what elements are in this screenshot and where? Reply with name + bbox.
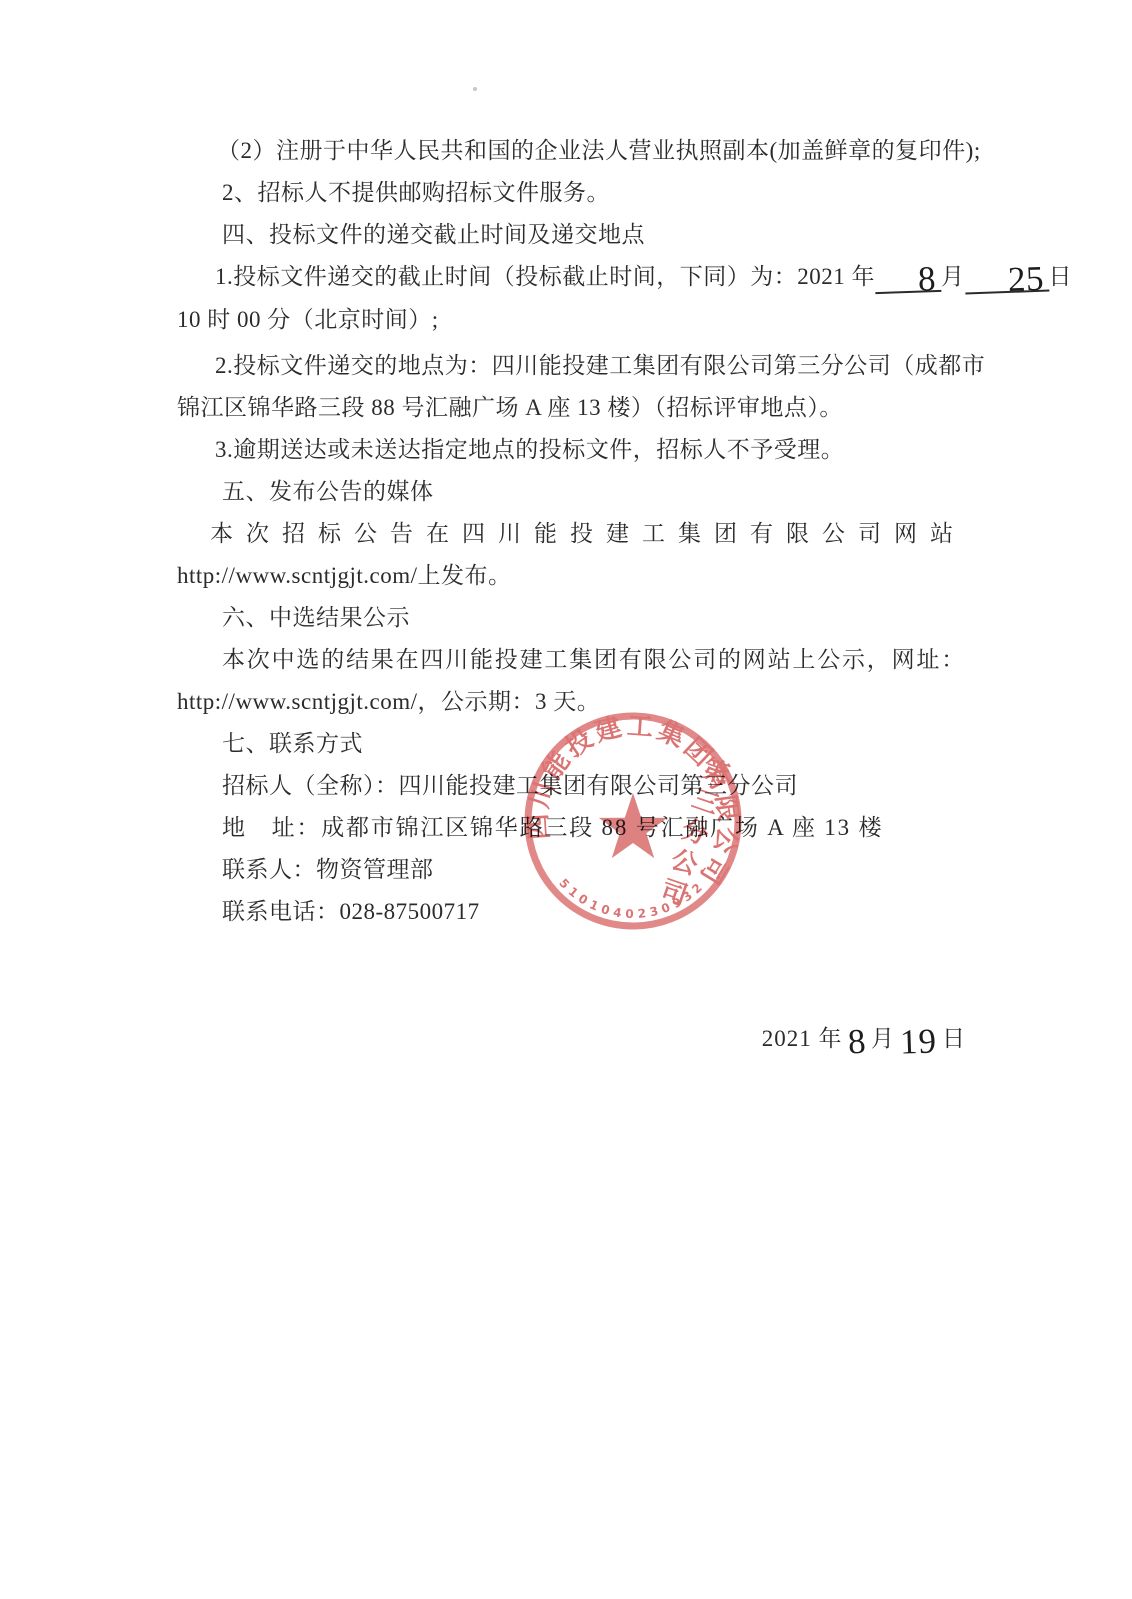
document-page: （2）注册于中华人民共和国的企业法人营业执照副本(加盖鲜章的复印件); 2、招标… [0,0,1132,1599]
handwritten-day: 25 [964,268,1049,295]
handwritten-sign-month: 8 [842,1030,872,1054]
handwritten-month: 8 [875,268,942,294]
result-publicity-line: 本次中选的结果在四川能投建工集团有限公司的网站上公示，网址： [177,645,987,675]
announcement-url-line: http://www.scntjgjt.com/上发布。 [177,561,987,591]
clause-no-mail-order: 2、招标人不提供邮购招标文件服务。 [177,178,987,208]
sign-day-unit: 日 [942,1026,966,1051]
section-5-heading: 五、发布公告的媒体 [177,477,987,507]
sign-month-unit: 月 [871,1026,895,1051]
scan-artifact-dot [473,87,477,91]
day-unit: 日 [1049,264,1073,289]
announcement-media-line: 本次招标公告在四川能投建工集团有限公司网站 [177,519,987,549]
bidder-name-line: 招标人（全称）：四川能投建工集团有限公司第三分公司 [177,771,987,801]
section-4-heading: 四、投标文件的递交截止时间及递交地点 [177,220,987,250]
location-line-2: 锦江区锦华路三段 88 号汇融广场 A 座 13 楼）（招标评审地点）。 [177,393,987,423]
location-line-1: 2.投标文件递交的地点为：四川能投建工集团有限公司第三分公司（成都市 [177,351,987,381]
handwritten-sign-day: 19 [895,1030,943,1054]
section-7-heading: 七、联系方式 [177,729,987,759]
contact-person-line: 联系人：物资管理部 [177,855,987,885]
month-unit: 月 [941,264,965,289]
late-delivery-line: 3.逾期送达或未送达指定地点的投标文件，招标人不予受理。 [177,435,987,465]
contact-phone-line: 联系电话：028-87500717 [177,897,987,927]
deadline-continuation: 10 时 00 分（北京时间）; [177,305,987,335]
clause-license-copy: （2）注册于中华人民共和国的企业法人营业执照副本(加盖鲜章的复印件); [177,136,987,166]
address-line: 地 址：成都市锦江区锦华路三段 88 号汇融广场 A 座 13 楼 [177,813,987,843]
deadline-text: 1.投标文件递交的截止时间（投标截止时间，下同）为：2021 年 [215,264,875,289]
deadline-line: 1.投标文件递交的截止时间（投标截止时间，下同）为：2021 年8月25日 [177,262,987,293]
date-year-text: 2021 年 [762,1026,843,1051]
result-url-line: http://www.scntjgjt.com/，公示期：3 天。 [177,687,987,717]
section-6-heading: 六、中选结果公示 [177,603,987,633]
signature-date: 2021 年8月19日 [762,1022,966,1056]
